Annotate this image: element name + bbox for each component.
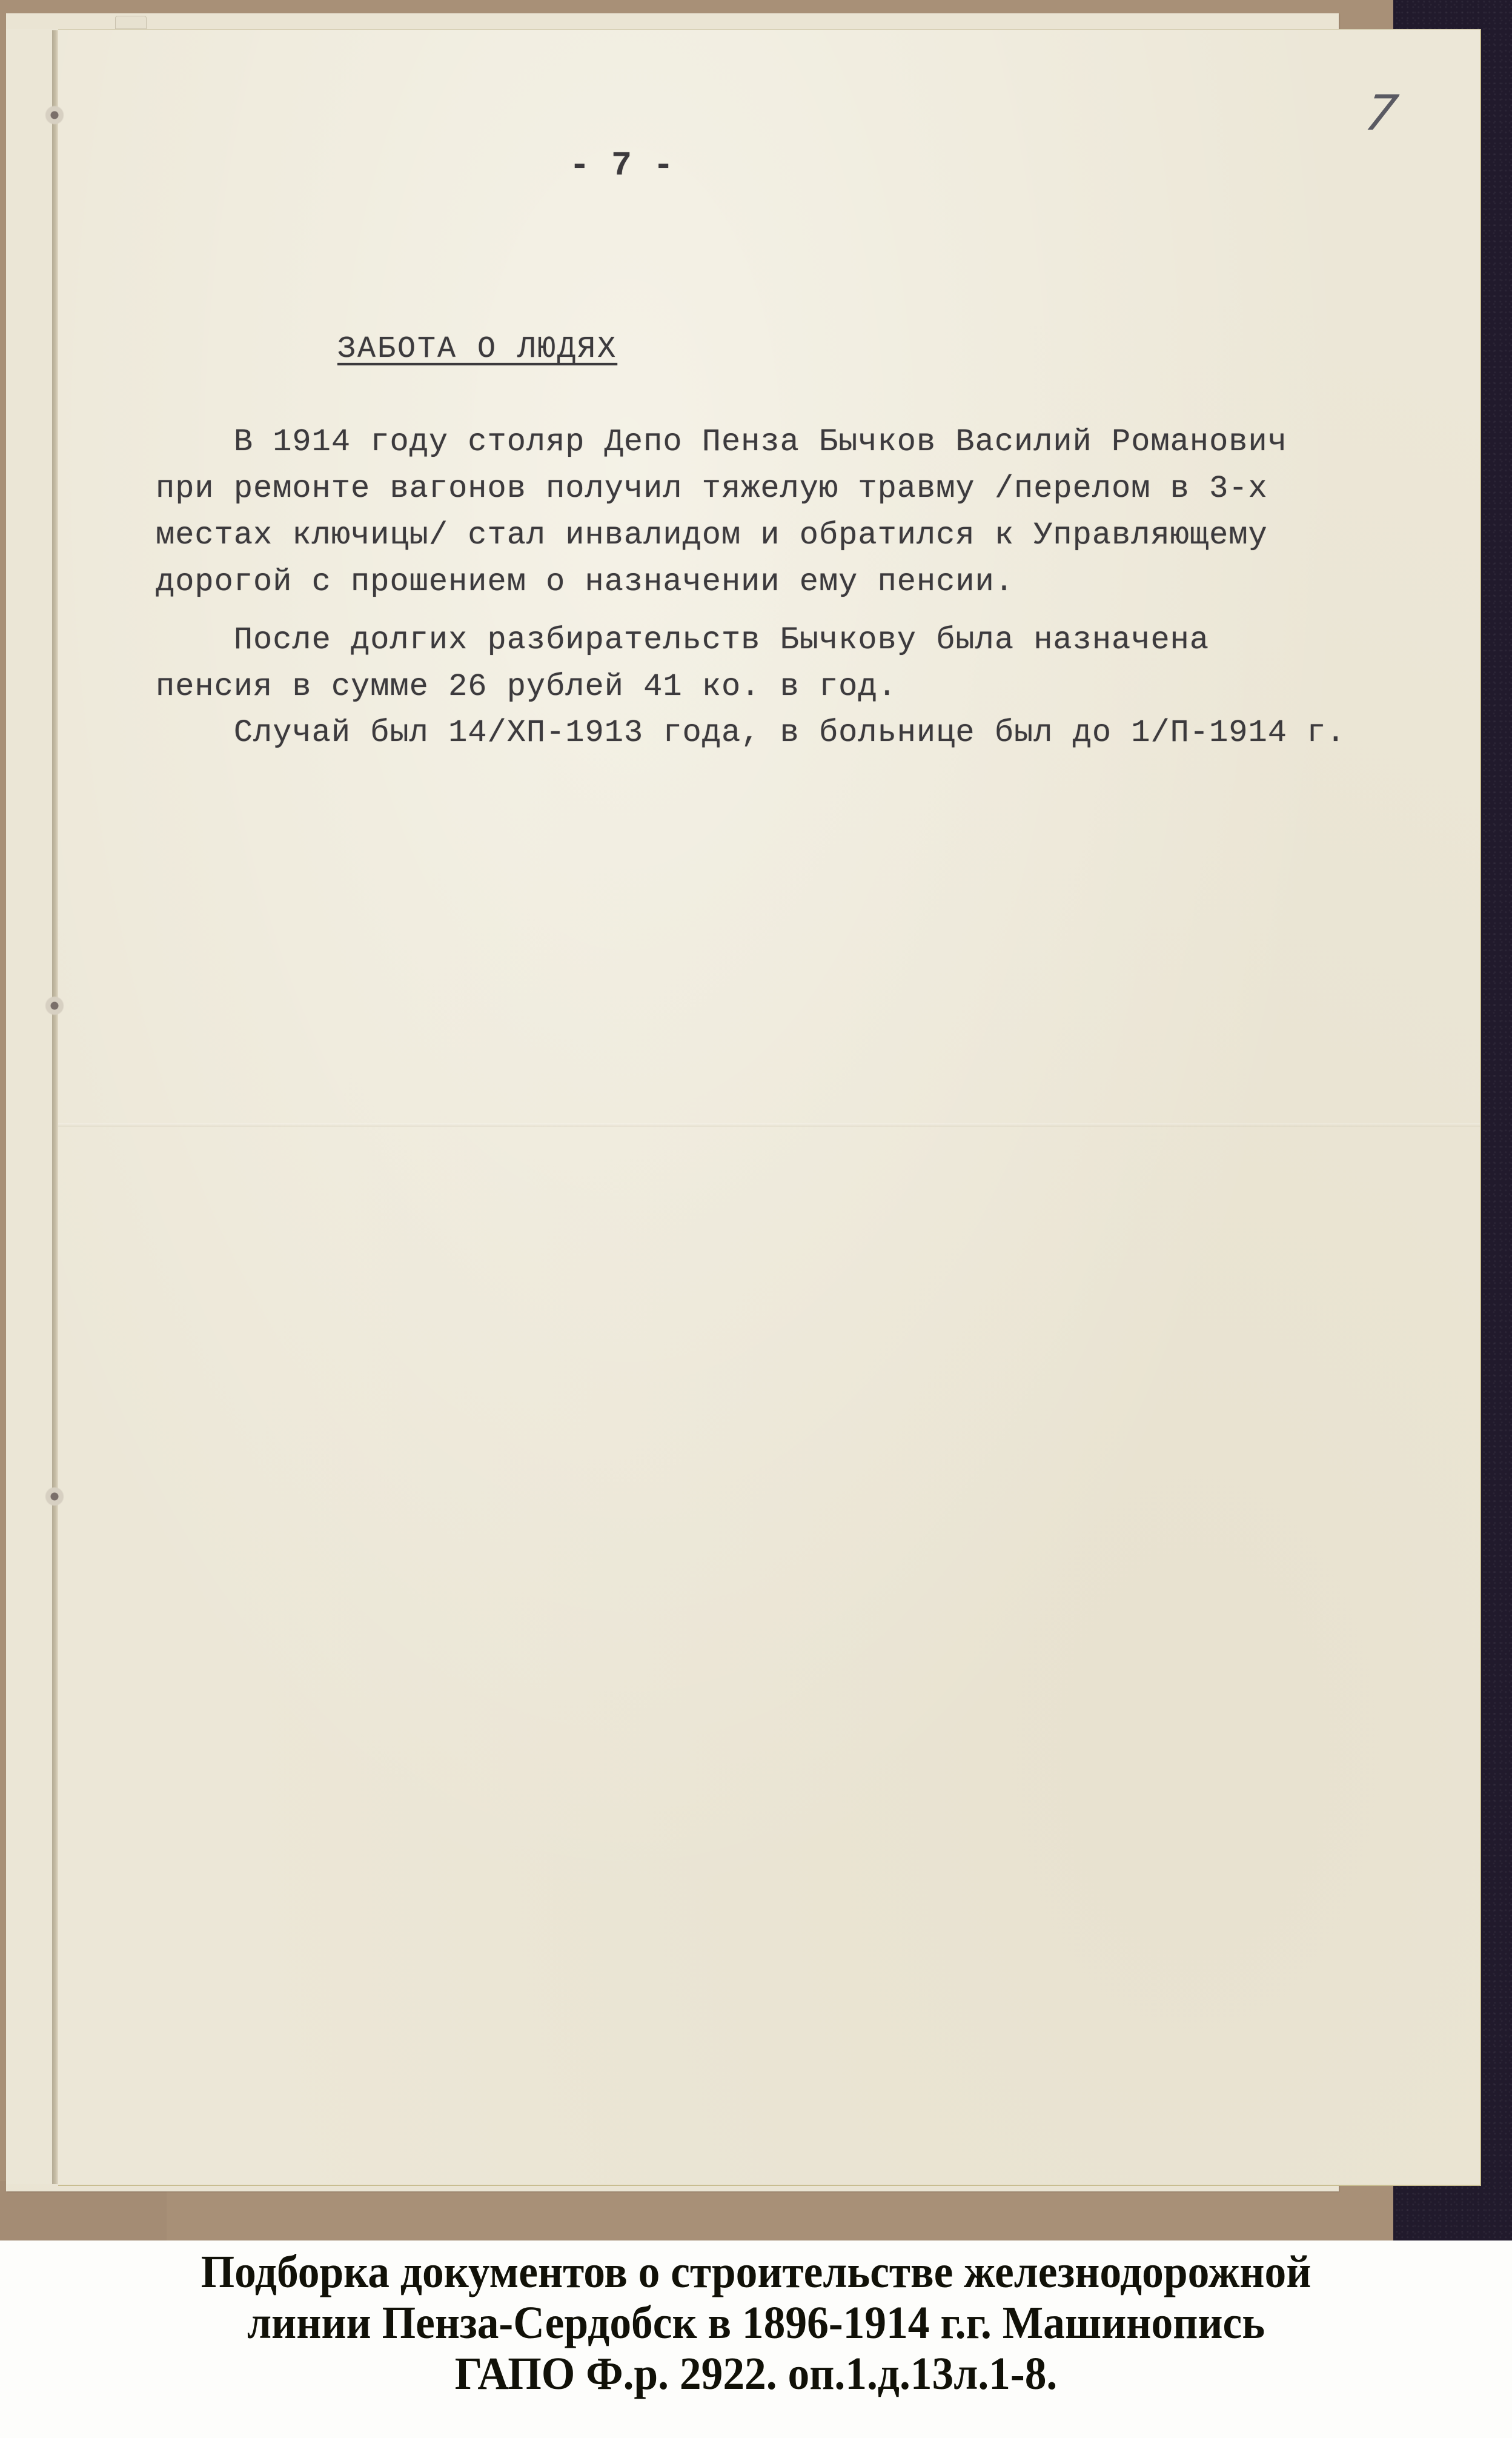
text-line: пенсия в сумме 26 рублей 41 ко. в год. [156, 665, 897, 709]
binding-edge-line [52, 30, 58, 2184]
archive-caption: Подборка документов о строительстве желе… [0, 2242, 1512, 2438]
caption-line-2: линии Пенза-Сердобск в 1896-1914 г.г. Ма… [45, 2297, 1467, 2348]
text-line: В 1914 году столяр Депо Пенза Бычков Вас… [156, 420, 1287, 465]
caption-line-1: Подборка документов о строительстве желе… [45, 2247, 1467, 2297]
folder-tab [115, 16, 147, 29]
text-line: при ремонте вагонов получил тяжелую трав… [156, 467, 1268, 511]
section-title: ЗАБОТА О ЛЮДЯХ [337, 327, 617, 372]
document-page [58, 29, 1481, 2186]
binding-stitch-icon [42, 1484, 67, 1509]
text-line: местах ключицы/ стал инвалидом и обратил… [156, 513, 1268, 558]
text-line: Случай был 14/ХП-1913 года, в больнице б… [156, 711, 1346, 756]
binding-strip [6, 29, 58, 2184]
binding-stitch-icon [42, 103, 67, 127]
page-number: - 7 - [569, 143, 674, 188]
text-line: дорогой с прошением о назначении ему пен… [156, 560, 1014, 605]
page-fold-crease [58, 1123, 1480, 1127]
scanned-document-area: 7 - 7 - ЗАБОТА О ЛЮДЯХ В 1914 году столя… [0, 0, 1512, 2240]
text-line: После долгих разбирательств Бычкову была… [156, 618, 1209, 663]
binding-stitch-icon [42, 994, 67, 1018]
caption-line-3: ГАПО Ф.р. 2922. оп.1.д.13л.1-8. [45, 2348, 1467, 2399]
